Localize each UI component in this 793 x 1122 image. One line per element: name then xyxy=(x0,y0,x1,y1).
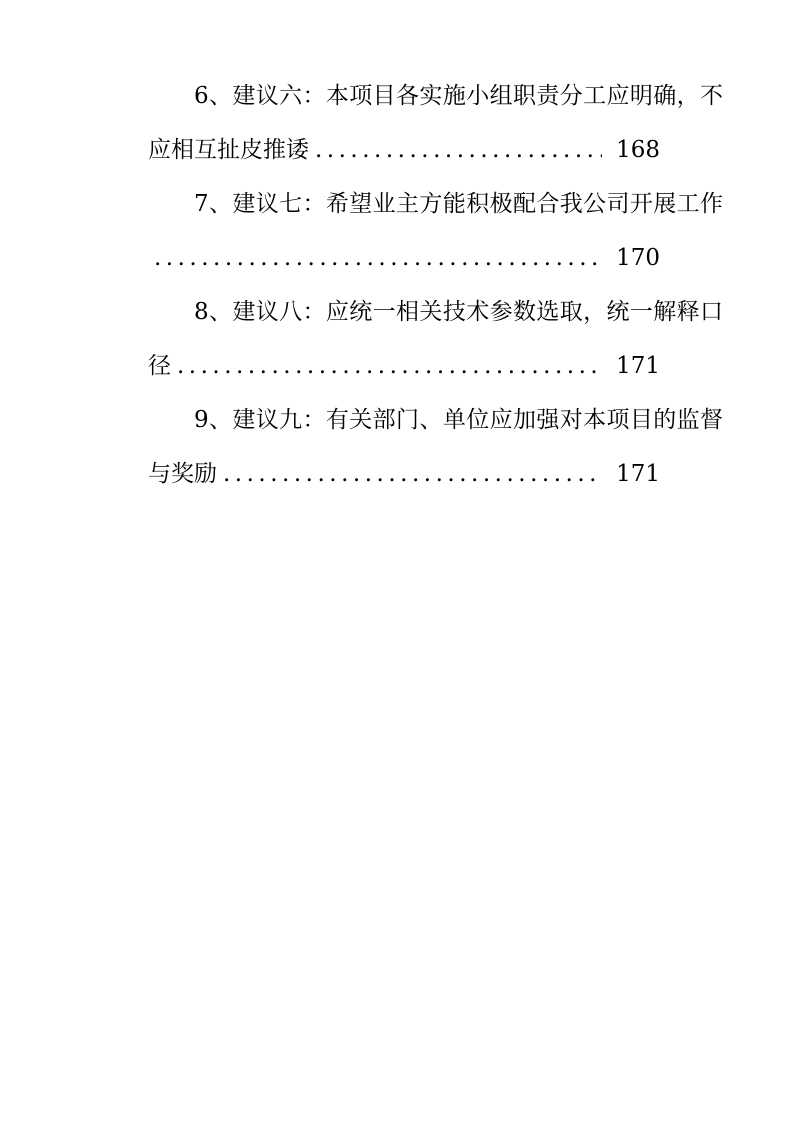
page-number: 168 xyxy=(616,123,660,177)
page-number: 171 xyxy=(616,447,660,501)
toc-entry: 8、建议八：应统一相关技术参数选取，统一解释口 径 ..............… xyxy=(148,285,723,393)
dot-leader-text: ........................................… xyxy=(154,245,602,271)
dot-leader-text: ........................................… xyxy=(223,461,602,487)
page-number: 171 xyxy=(616,339,660,393)
toc-entry-title: 7、建议七：希望业主方能积极配合我公司开展工作 xyxy=(148,177,723,231)
dot-leader-text: ........................................… xyxy=(177,353,602,379)
toc-entry-leader-line: 径 ......................................… xyxy=(148,339,723,393)
toc-entry-continuation-text: 径 xyxy=(148,339,171,393)
document-page: 6、建议六：本项目各实施小组职责分工应明确，不 应相互扯皮推诿 ........… xyxy=(0,0,793,1122)
toc-section: 6、建议六：本项目各实施小组职责分工应明确，不 应相互扯皮推诿 ........… xyxy=(0,0,793,501)
toc-entry-leader-line: ........................................… xyxy=(148,231,723,285)
toc-entry: 7、建议七：希望业主方能积极配合我公司开展工作 ................… xyxy=(148,177,723,285)
toc-entry-leader-line: 与奖励 ....................................… xyxy=(148,447,723,501)
toc-entry-leader-line: 应相互扯皮推诿 ................................… xyxy=(148,123,723,177)
toc-entry-title: 6、建议六：本项目各实施小组职责分工应明确，不 xyxy=(148,69,723,123)
dot-leader: ........................................… xyxy=(217,447,602,501)
toc-entry-continuation-text: 与奖励 xyxy=(148,447,217,501)
toc-entry: 6、建议六：本项目各实施小组职责分工应明确，不 应相互扯皮推诿 ........… xyxy=(148,69,723,177)
dot-leader-text: ........................................… xyxy=(315,137,602,163)
page-number: 170 xyxy=(616,231,660,285)
dot-leader: ........................................… xyxy=(171,339,602,393)
dot-leader: ........................................… xyxy=(148,231,602,285)
toc-entry-title: 8、建议八：应统一相关技术参数选取，统一解释口 xyxy=(148,285,723,339)
dot-leader: ........................................… xyxy=(309,123,602,177)
toc-entry-title: 9、建议九：有关部门、单位应加强对本项目的监督 xyxy=(148,393,723,447)
toc-entry-continuation-text: 应相互扯皮推诿 xyxy=(148,123,309,177)
toc-entry: 9、建议九：有关部门、单位应加强对本项目的监督 与奖励 ............… xyxy=(148,393,723,501)
